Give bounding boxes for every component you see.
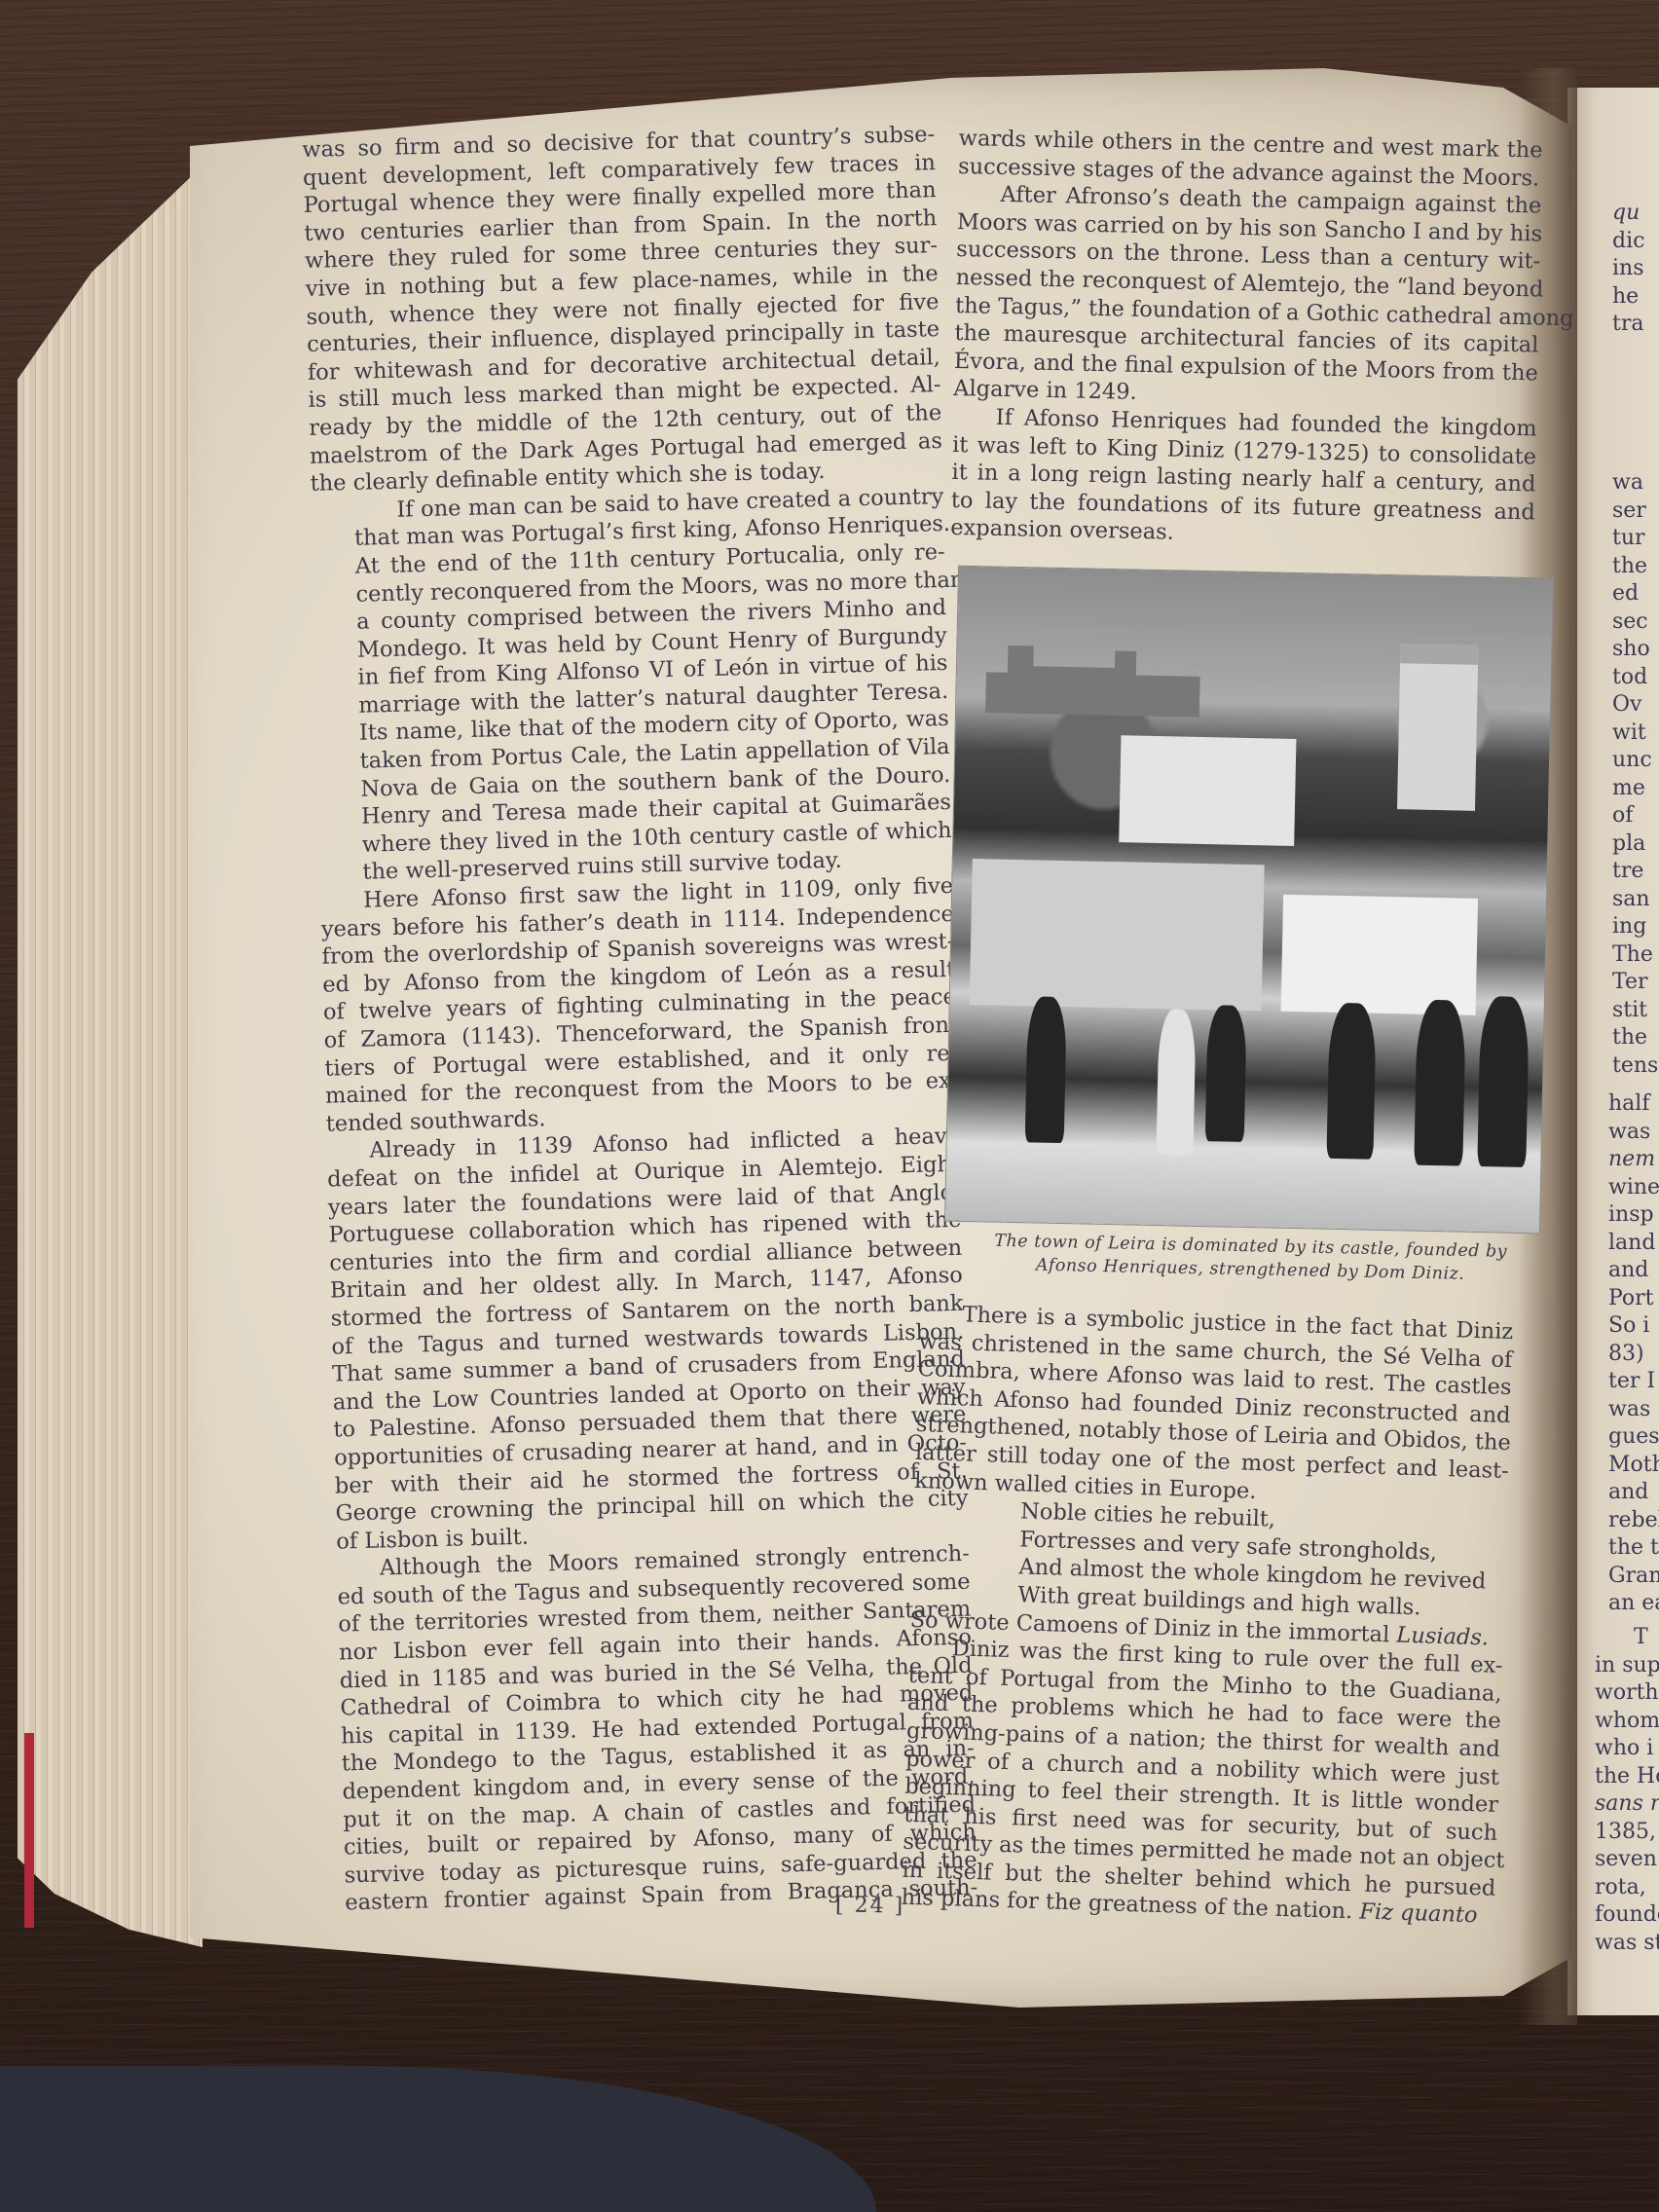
fragment: sans r <box>1595 1790 1659 1819</box>
fragment: Moth <box>1608 1452 1659 1480</box>
fragment: ser <box>1612 498 1659 526</box>
page-number: [ 24 ] <box>835 1893 905 1918</box>
fragment: ter I <box>1608 1368 1659 1396</box>
book-cover-edge <box>24 1733 34 1928</box>
fragment: pla <box>1612 830 1659 859</box>
fragment: seven <box>1595 1846 1659 1874</box>
fragment: the <box>1612 1024 1659 1052</box>
fragment: rebel <box>1608 1507 1659 1535</box>
fragment: was st <box>1595 1930 1659 1958</box>
fragment: Ov <box>1612 691 1659 719</box>
fragment: the <box>1612 553 1659 581</box>
facing-page-fragments-top: qu dic ins he tra <box>1612 200 1659 339</box>
castle-shape <box>985 645 1200 718</box>
fragment: ing <box>1612 913 1659 941</box>
fragment: sec <box>1612 608 1659 637</box>
right-text-column-bottom: There is a symbolic justice in the fact … <box>901 1300 1513 1931</box>
fragment: in sup <box>1595 1652 1659 1680</box>
dark-cloth-background <box>0 2066 876 2212</box>
camoens-verse: Noble cities he rebuilt, Fortresses and … <box>910 1494 1507 1624</box>
fragment: tens <box>1612 1052 1659 1081</box>
fragment: wa <box>1612 469 1659 498</box>
person-figure <box>1205 1005 1247 1142</box>
leira-town-photograph <box>945 567 1553 1234</box>
fragment: So i <box>1608 1312 1659 1341</box>
paragraph-symbolic-justice: There is a symbolic justice in the fact … <box>914 1300 1514 1513</box>
fragment: an ea <box>1608 1590 1659 1618</box>
person-figure <box>1025 996 1067 1143</box>
fragment: rota, <box>1595 1874 1659 1902</box>
fragment: was <box>1608 1119 1659 1147</box>
fragment: the Ho <box>1595 1763 1659 1791</box>
fragment: whom <box>1595 1708 1659 1736</box>
fragment: Port <box>1608 1285 1659 1313</box>
lusiads-title: Lusiads. <box>1396 1622 1489 1650</box>
fragment: qu <box>1612 200 1659 228</box>
fragment: ed <box>1612 580 1659 608</box>
page-block-edges <box>18 166 203 1947</box>
fragment: tod <box>1612 664 1659 692</box>
fragment: half <box>1608 1090 1659 1119</box>
fragment: founded <box>1595 1901 1659 1930</box>
fragment: dic <box>1612 228 1659 256</box>
fragment: san <box>1612 886 1659 914</box>
fragment: was <box>1608 1396 1659 1424</box>
fragment: he <box>1612 283 1659 312</box>
fragment: who i <box>1595 1735 1659 1763</box>
person-figure <box>1156 1009 1196 1156</box>
fragment: worth <box>1595 1679 1659 1708</box>
fragment: the t <box>1608 1534 1659 1563</box>
paragraph-afonso-henriques: If one man can be said to have created a… <box>311 483 953 888</box>
paragraph-birth-1109: Here Afonso first saw the light in 1109,… <box>320 872 959 1138</box>
house-shape <box>1119 735 1296 846</box>
fragment: sho <box>1612 636 1659 664</box>
paragraph-moors-influence: was so firm and so decisive for that cou… <box>302 121 943 498</box>
fragment: tur <box>1612 525 1659 553</box>
house-shape <box>1281 895 1478 1015</box>
fragment: nem <box>1608 1146 1659 1174</box>
right-text-column-top: wards while others in the centre and wes… <box>950 125 1543 554</box>
person-figure <box>1477 996 1530 1167</box>
fragment: 83) <box>1608 1341 1659 1369</box>
fragment: land <box>1608 1230 1659 1258</box>
facing-page-fragments-middle: wa ser tur the ed sec sho tod Ov wit unc… <box>1612 469 1659 1080</box>
paragraph-sancho: After Afronso’s death the campaign again… <box>953 180 1542 415</box>
fragment: of <box>1612 802 1659 830</box>
fragment: insp <box>1608 1201 1659 1230</box>
person-figure <box>1326 1003 1376 1160</box>
fragment: The <box>1612 941 1659 970</box>
fragment: tre <box>1612 858 1659 886</box>
fragment: and <box>1608 1257 1659 1285</box>
fragment: guess <box>1608 1423 1659 1452</box>
italic-quote-start: Fiz quanto <box>1359 1899 1478 1929</box>
fragment: Ter <box>1612 969 1659 997</box>
house-shape <box>970 859 1265 1011</box>
fragment: 1385, t <box>1595 1819 1659 1847</box>
paragraph-king-diniz: If Afonso Henriques had founded the king… <box>950 403 1537 555</box>
fragment: wine <box>1608 1174 1659 1202</box>
fragment: stit <box>1612 997 1659 1025</box>
bell-tower-shape <box>1397 644 1479 811</box>
paragraph-first-king: Diniz was the first king to rule over th… <box>901 1634 1503 1931</box>
facing-page-fragments-bottom: T in sup worth whom who i the Ho sans r … <box>1595 1624 1659 1957</box>
fragment: and <box>1608 1479 1659 1507</box>
fragment: unc <box>1612 747 1659 775</box>
fragment: tra <box>1612 311 1659 339</box>
paragraph-ourique-1139: Already in 1139 Afonso had inflicted a h… <box>326 1123 969 1556</box>
fragment: wit <box>1612 719 1659 748</box>
fragment: ins <box>1612 255 1659 283</box>
fragment: T <box>1595 1624 1659 1652</box>
fragment: Grand <box>1608 1563 1659 1591</box>
person-figure <box>1414 1000 1466 1166</box>
left-text-column: was so firm and so decisive for that cou… <box>302 121 978 1917</box>
facing-page-fragments-lower: half was nem wine insp land and Port So … <box>1608 1090 1659 1618</box>
paragraph-moors-entrenched: Although the Moors remained strongly ent… <box>337 1540 978 1917</box>
fragment: me <box>1612 775 1659 803</box>
